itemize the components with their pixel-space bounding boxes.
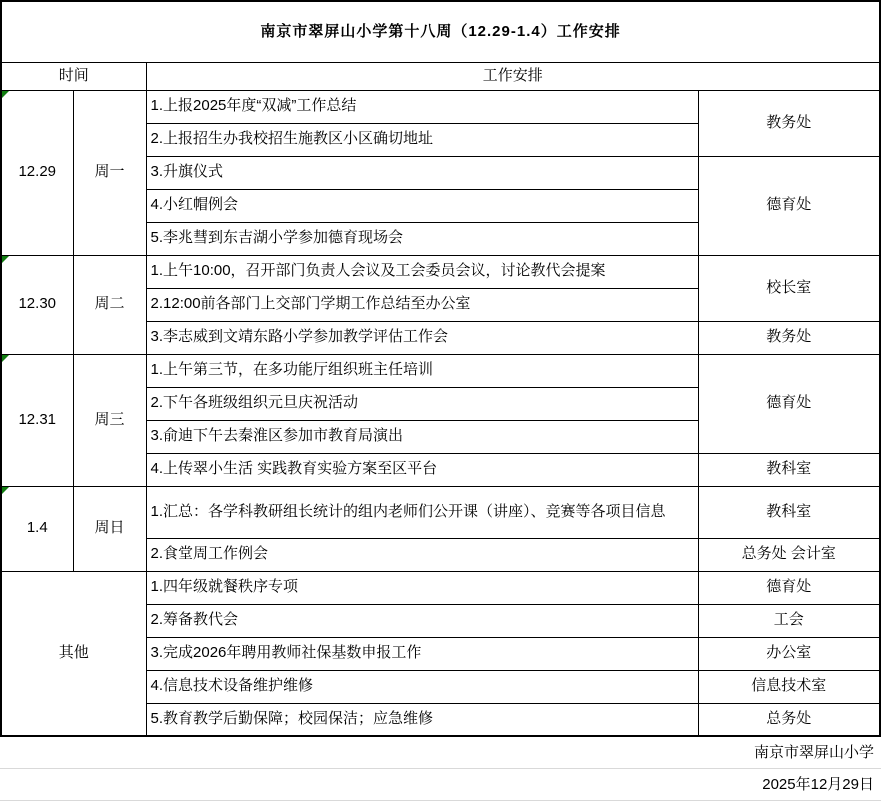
task-cell: 3.完成2026年聘用教师社保基数申报工作	[146, 637, 698, 670]
date-cell-12-30: 12.30	[1, 255, 73, 354]
day-cell-tuesday: 周二	[73, 255, 146, 354]
date-cell-12-29: 12.29	[1, 90, 73, 255]
title-row: 南京市翠屏山小学第十八周（12.29-1.4）工作安排	[1, 1, 880, 62]
footer-date: 2025年12月29日	[762, 776, 874, 793]
task-cell: 1.汇总：各学科教研组长统计的组内老师们公开课（讲座）、竞赛等各项目信息	[146, 486, 698, 538]
date-cell-1-4: 1.4	[1, 486, 73, 571]
dept-cell: 总务处 会计室	[698, 538, 880, 571]
task-cell: 2.上报招生办我校招生施教区小区确切地址	[146, 123, 698, 156]
task-cell: 2.下午各班级组织元旦庆祝活动	[146, 387, 698, 420]
task-cell: 2.食堂周工作例会	[146, 538, 698, 571]
task-cell: 5.李兆彗到东吉湖小学参加德育现场会	[146, 222, 698, 255]
dept-cell: 办公室	[698, 637, 880, 670]
date-label: 12.29	[18, 163, 56, 180]
footer-school-row: 南京市翠屏山小学	[0, 737, 881, 769]
date-label: 1.4	[27, 519, 48, 536]
dept-cell: 信息技术室	[698, 670, 880, 703]
cell-error-triangle-icon	[2, 355, 9, 362]
task-cell: 1.四年级就餐秩序专项	[146, 571, 698, 604]
dept-cell: 校长室	[698, 255, 880, 321]
cell-error-triangle-icon	[2, 487, 9, 494]
dept-cell: 教科室	[698, 453, 880, 486]
task-cell: 5.教育教学后勤保障；校园保洁；应急维修	[146, 703, 698, 736]
day-cell-sunday: 周日	[73, 486, 146, 571]
footer-school-name: 南京市翠屏山小学	[754, 744, 874, 761]
table-row: 12.31 周三 1.上午第三节，在多功能厅组织班主任培训 德育处	[1, 354, 880, 387]
task-cell: 1.上午10:00，召开部门负责人会议及工会委员会议，讨论教代会提案	[146, 255, 698, 288]
task-cell: 1.上报2025年度“双减”工作总结	[146, 90, 698, 123]
schedule-table: 南京市翠屏山小学第十八周（12.29-1.4）工作安排 时间 工作安排 12.2…	[0, 0, 881, 737]
table-row: 1.4 周日 1.汇总：各学科教研组长统计的组内老师们公开课（讲座）、竞赛等各项…	[1, 486, 880, 538]
task-cell: 1.上午第三节，在多功能厅组织班主任培训	[146, 354, 698, 387]
dept-cell: 教务处	[698, 90, 880, 156]
dept-cell: 德育处	[698, 354, 880, 453]
header-row: 时间 工作安排	[1, 62, 880, 90]
task-cell: 3.俞迪下午去秦淮区参加市教育局演出	[146, 420, 698, 453]
task-cell: 2.筹备教代会	[146, 604, 698, 637]
footer-date-row: 2025年12月29日	[0, 769, 881, 801]
table-row: 其他 1.四年级就餐秩序专项 德育处	[1, 571, 880, 604]
worksheet: 南京市翠屏山小学第十八周（12.29-1.4）工作安排 时间 工作安排 12.2…	[0, 0, 881, 804]
day-cell-wednesday: 周三	[73, 354, 146, 486]
cell-error-triangle-icon	[2, 256, 9, 263]
task-cell: 4.上传翠小生活 实践教育实验方案至区平台	[146, 453, 698, 486]
dept-cell: 教科室	[698, 486, 880, 538]
cell-error-triangle-icon	[2, 91, 9, 98]
date-label: 12.31	[18, 411, 56, 428]
dept-cell: 总务处	[698, 703, 880, 736]
date-cell-12-31: 12.31	[1, 354, 73, 486]
column-header-work: 工作安排	[146, 62, 880, 90]
task-cell: 4.小红帽例会	[146, 189, 698, 222]
table-row: 12.29 周一 1.上报2025年度“双减”工作总结 教务处	[1, 90, 880, 123]
task-cell: 4.信息技术设备维护维修	[146, 670, 698, 703]
dept-cell: 德育处	[698, 156, 880, 255]
dept-cell: 德育处	[698, 571, 880, 604]
page-title: 南京市翠屏山小学第十八周（12.29-1.4）工作安排	[1, 1, 880, 62]
dept-cell: 工会	[698, 604, 880, 637]
dept-cell: 教务处	[698, 321, 880, 354]
other-label-cell: 其他	[1, 571, 146, 736]
column-header-time: 时间	[1, 62, 146, 90]
task-cell: 2.12:00前各部门上交部门学期工作总结至办公室	[146, 288, 698, 321]
task-cell: 3.李志威到文靖东路小学参加教学评估工作会	[146, 321, 698, 354]
task-cell: 3.升旗仪式	[146, 156, 698, 189]
date-label: 12.30	[18, 295, 56, 312]
table-row: 12.30 周二 1.上午10:00，召开部门负责人会议及工会委员会议，讨论教代…	[1, 255, 880, 288]
day-cell-monday: 周一	[73, 90, 146, 255]
